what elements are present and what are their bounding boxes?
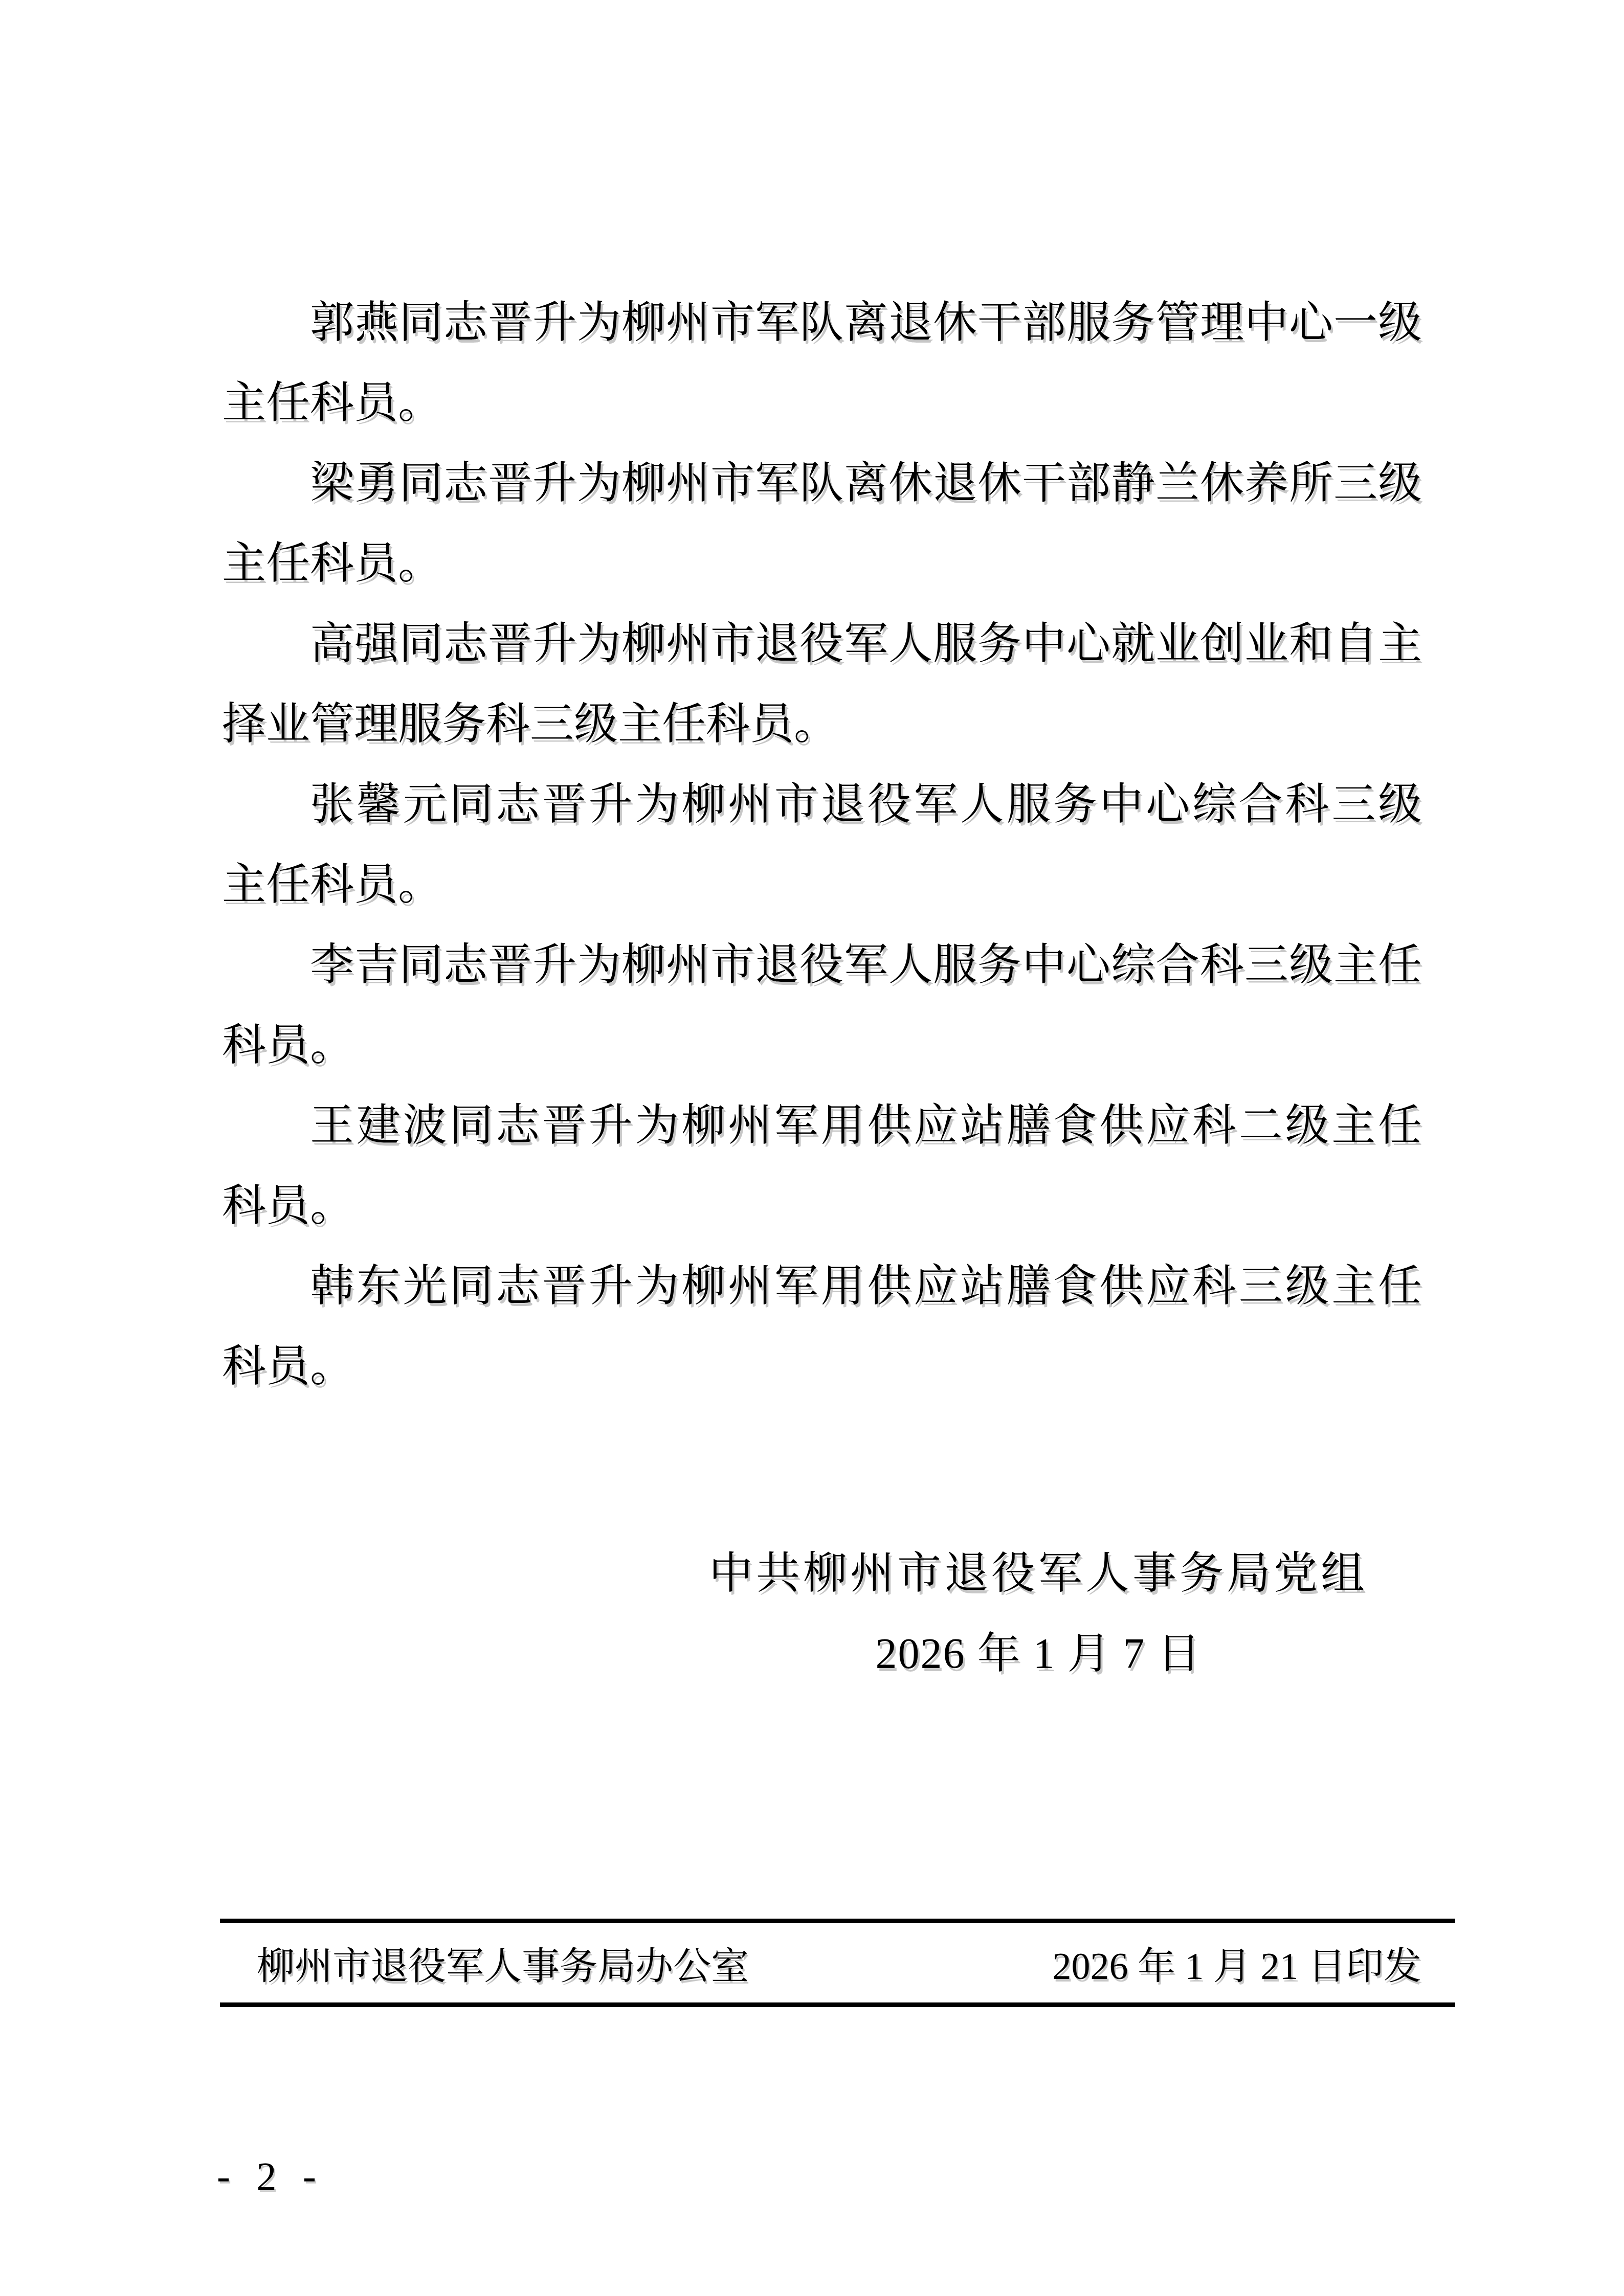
- body-line: 韩东光同志晋升为柳州军用供应站膳食供应科三级主任: [222, 1246, 1422, 1326]
- paragraph: 张馨元同志晋升为柳州市退役军人服务中心综合科三级 主任科员。: [222, 764, 1422, 925]
- paragraph: 郭燕同志晋升为柳州市军队离退休干部服务管理中心一级 主任科员。: [222, 283, 1422, 443]
- document-body: 郭燕同志晋升为柳州市军队离退休干部服务管理中心一级 主任科员。 梁勇同志晋升为柳…: [222, 283, 1422, 1407]
- colophon-bottom-rule: [220, 2002, 1455, 2007]
- signature-block: 中共柳州市退役军人事务局党组 2026 年 1 月 7 日: [709, 1534, 1368, 1694]
- colophon: 柳州市退役军人事务局办公室 2026 年 1 月 21 日印发: [220, 1919, 1455, 2007]
- page-number: - 2 -: [217, 2146, 324, 2207]
- body-line: 择业管理服务科三级主任科员。: [222, 684, 1422, 764]
- body-line: 主任科员。: [222, 363, 1422, 443]
- signature-date: 2026 年 1 月 7 日: [709, 1614, 1368, 1694]
- body-line: 郭燕同志晋升为柳州市军队离退休干部服务管理中心一级: [222, 283, 1422, 363]
- paragraph: 王建波同志晋升为柳州军用供应站膳食供应科二级主任 科员。: [222, 1086, 1422, 1246]
- print-date: 2026 年 1 月 21 日印发: [1053, 1936, 1422, 1990]
- body-line: 科员。: [222, 1005, 1422, 1086]
- body-line: 王建波同志晋升为柳州军用供应站膳食供应科二级主任: [222, 1086, 1422, 1166]
- body-line: 高强同志晋升为柳州市退役军人服务中心就业创业和自主: [222, 604, 1422, 684]
- body-line: 科员。: [222, 1166, 1422, 1246]
- paragraph: 李吉同志晋升为柳州市退役军人服务中心综合科三级主任 科员。: [222, 925, 1422, 1086]
- colophon-top-rule: [220, 1919, 1455, 1923]
- body-line: 科员。: [222, 1326, 1422, 1407]
- scanned-document-page: { "page": { "number_label": "- 2 -" }, "…: [0, 0, 1624, 2296]
- body-line: 李吉同志晋升为柳州市退役军人服务中心综合科三级主任: [222, 925, 1422, 1005]
- body-line: 梁勇同志晋升为柳州市军队离休退休干部静兰休养所三级: [222, 443, 1422, 524]
- body-line: 张馨元同志晋升为柳州市退役军人服务中心综合科三级: [222, 764, 1422, 845]
- signature-org: 中共柳州市退役军人事务局党组: [709, 1534, 1368, 1614]
- paragraph: 梁勇同志晋升为柳州市军队离休退休干部静兰休养所三级 主任科员。: [222, 443, 1422, 604]
- paragraph: 高强同志晋升为柳州市退役军人服务中心就业创业和自主 择业管理服务科三级主任科员。: [222, 604, 1422, 764]
- body-line: 主任科员。: [222, 845, 1422, 925]
- issuing-office: 柳州市退役军人事务局办公室: [257, 1936, 749, 1990]
- paragraph: 韩东光同志晋升为柳州军用供应站膳食供应科三级主任 科员。: [222, 1246, 1422, 1407]
- body-line: 主任科员。: [222, 524, 1422, 604]
